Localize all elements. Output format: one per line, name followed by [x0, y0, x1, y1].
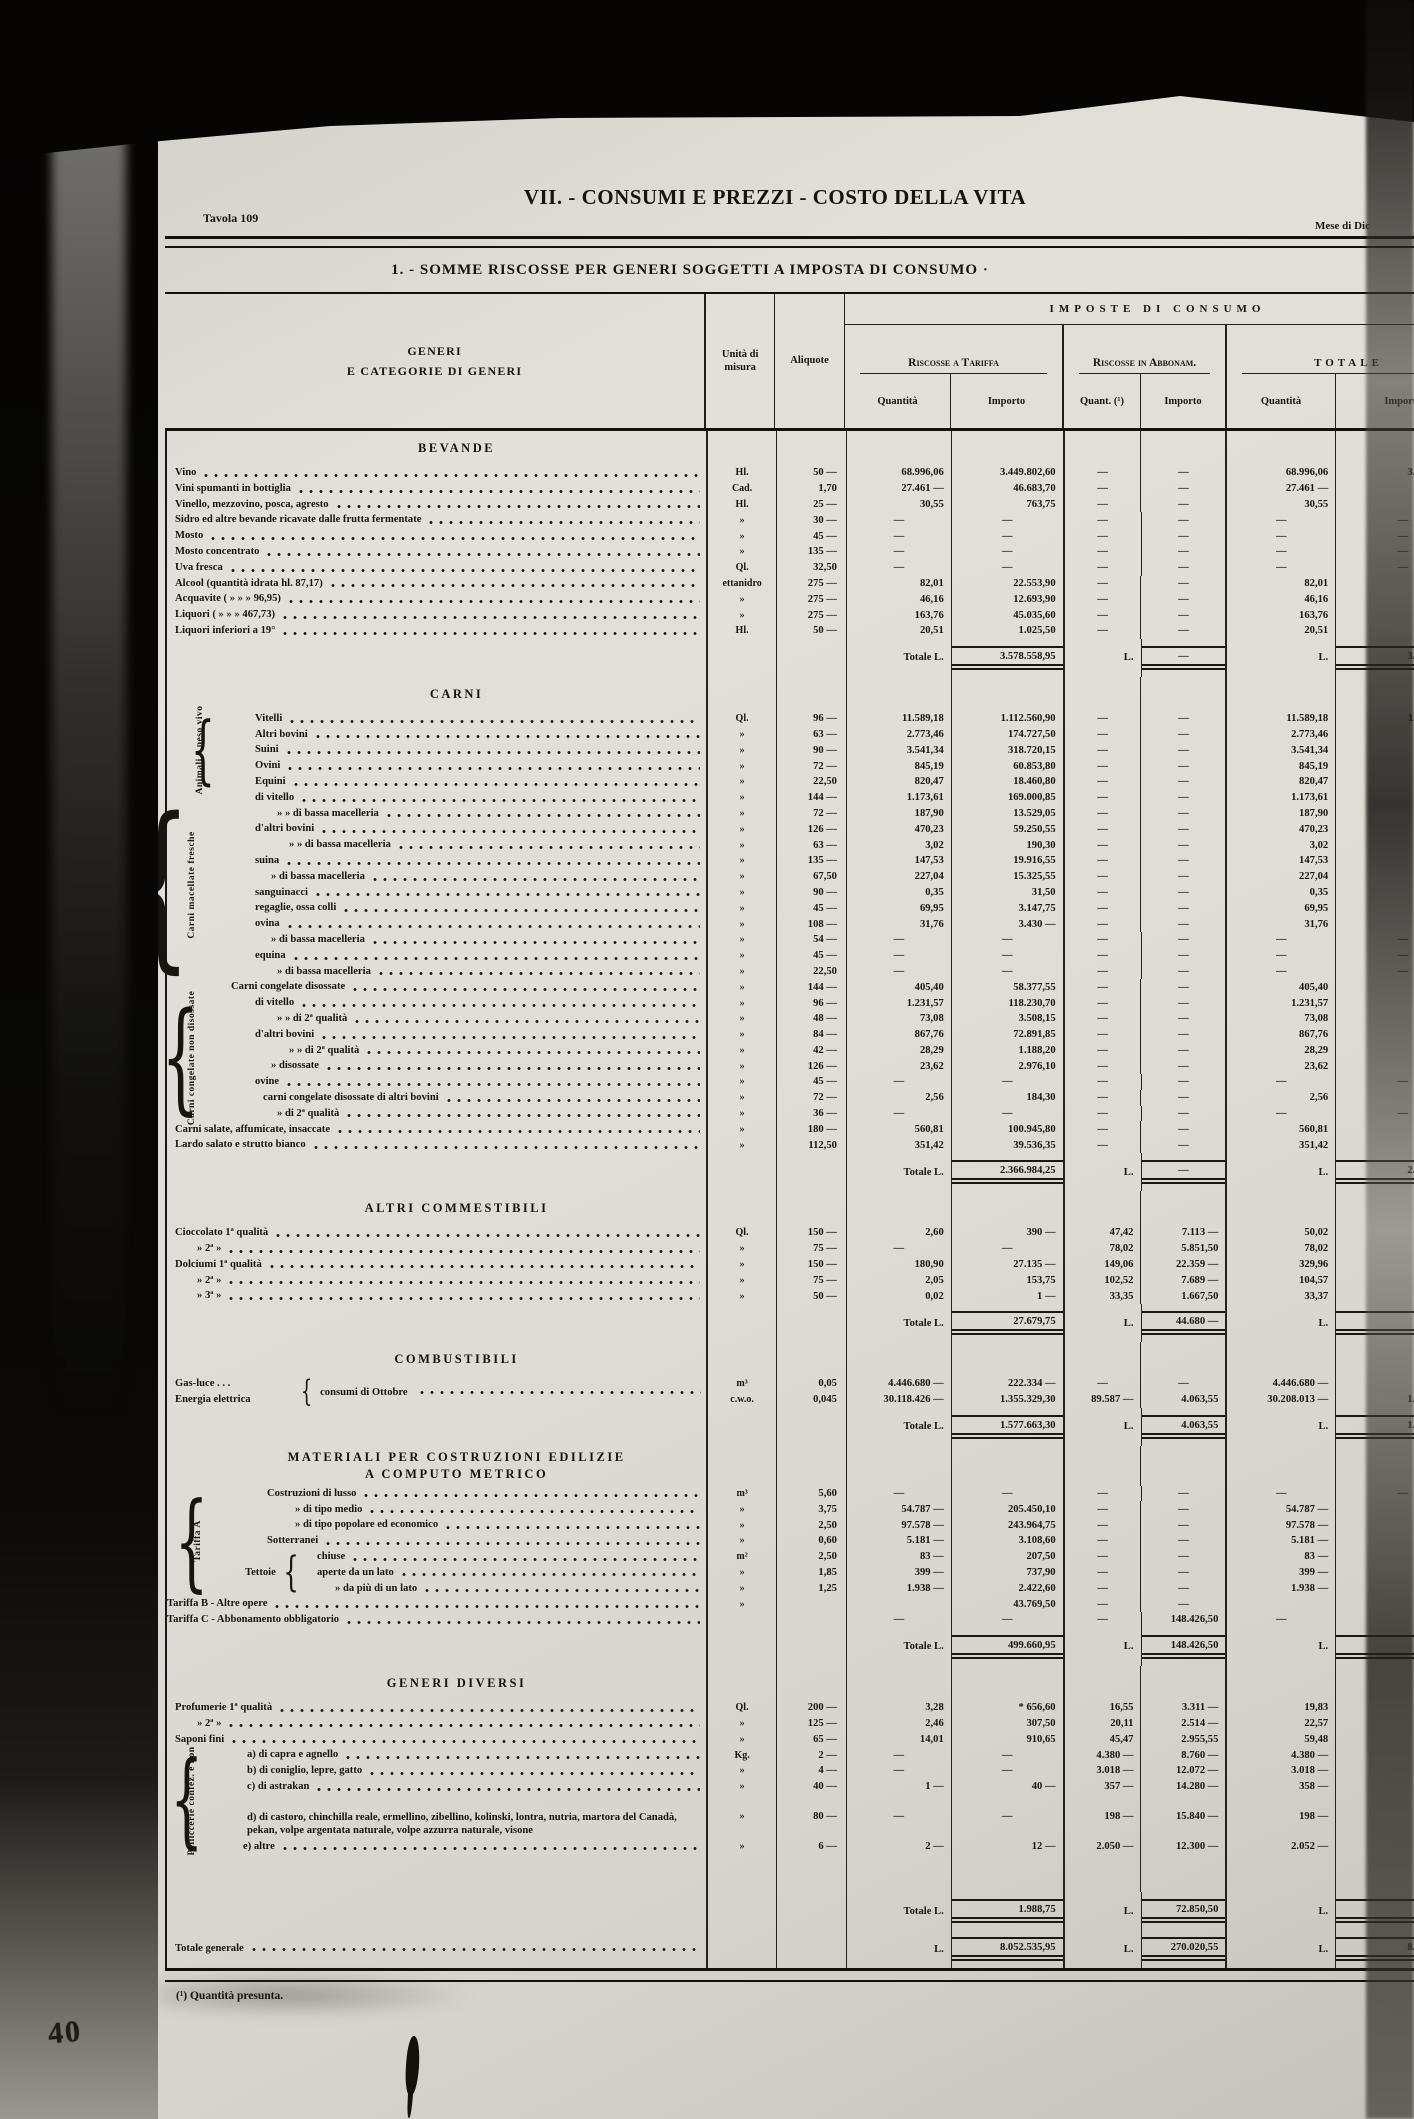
cell-ti: 2.976,10 [951, 1058, 1063, 1074]
cell-ai: — [1140, 1011, 1225, 1027]
cell-u: » [706, 1090, 776, 1106]
group-label: Tariffa A{ [181, 1486, 215, 1597]
cell-a [776, 1191, 846, 1225]
row-label: » 3ª » [167, 1290, 221, 1304]
table-row: chiusem²2,5083 —207,50——83 —207,50 [167, 1549, 1414, 1565]
cell-ai [1140, 1342, 1225, 1376]
cell-q: 83 — [1225, 1549, 1335, 1565]
table-row: » di tipo medio»3,7554.787 —205.450,10——… [167, 1501, 1414, 1517]
cell-aq: — [1063, 774, 1141, 790]
cell-totale-tariffa: 1.577.663,30 [951, 1408, 1063, 1446]
cell-u [706, 1666, 776, 1700]
table-row: » di bassa macelleria»54 ——————— [167, 932, 1414, 948]
row-label: Uva fresca [167, 562, 223, 576]
row-label-cell: Carni salate, affumicate, insaccate [167, 1121, 706, 1137]
row-label-cell: Tariffa B - Altre opere [167, 1596, 706, 1612]
cell-q: 329,96 [1225, 1257, 1335, 1273]
cell-tq: 0,35 [846, 885, 951, 901]
cell-lira: L. [1063, 1408, 1141, 1446]
cell-q: 19,83 [1225, 1700, 1335, 1716]
cell-u: Kg. [706, 1747, 776, 1763]
lira-label: L. [1318, 1167, 1328, 1178]
cell-a [776, 1408, 846, 1446]
cell-lira: L. [1063, 1304, 1141, 1342]
group-label: Carni macellate fresche{ [175, 790, 209, 980]
cell-aq: 16,55 [1063, 1700, 1141, 1716]
cell-totale-abbonam: — [1141, 1153, 1226, 1191]
table-row: Sidro ed altre bevande ricavate dalle fr… [167, 512, 1414, 528]
dot-leader [302, 799, 700, 802]
cell-lira: L. [1225, 639, 1335, 677]
cell-u [706, 1628, 776, 1666]
section-title-row: GENERI DIVERSI [167, 1666, 1414, 1700]
header-groups: Riscosse a Tariffa Riscosse in Abbonam. … [845, 325, 1414, 374]
cell-aq [1063, 1342, 1141, 1376]
header-imposte-block: IMPOSTE DI CONSUMO Riscosse a Tariffa Ri… [844, 294, 1414, 428]
row-label-cell: d) di castoro, chinchilla reale, ermelli… [167, 1795, 706, 1839]
cell-ai: 12.300 — [1140, 1839, 1225, 1855]
cell-tq: — [846, 560, 951, 576]
cell-tq: 1.231,57 [846, 995, 951, 1011]
dot-leader [379, 972, 700, 975]
dot-leader [322, 1036, 700, 1039]
section-title-line: MATERIALI PER COSTRUZIONI EDILIZIE [207, 1449, 706, 1465]
cell-aq: 47,42 [1063, 1225, 1141, 1241]
cell-tq: — [846, 544, 951, 560]
row-label-cell: Lardo salato e strutto bianco [167, 1137, 706, 1153]
table-row: Uva frescaQl.32,50—————— [167, 560, 1414, 576]
table-row: Suini»90 —3.541,34318.720,15——3.541,3431… [167, 742, 1414, 758]
cell-aq: — [1063, 1090, 1141, 1106]
cell-q: 4.380 — [1225, 1747, 1335, 1763]
row-label-cell: di vitello [167, 995, 706, 1011]
cell-ai: — [1140, 465, 1225, 481]
cell-u [706, 431, 776, 465]
row-label-cell: c) di astrakan [167, 1779, 706, 1795]
table-row: regaglie, ossa colli»45 —69,953.147,75——… [167, 900, 1414, 916]
dot-leader [316, 735, 700, 738]
cell-aq: 89.587 — [1063, 1392, 1141, 1408]
cell-u: » [706, 758, 776, 774]
table-row: » 2ª »»75 ———78,025.851,5078,025.851,50 [167, 1241, 1414, 1257]
row-label-cell: » di tipo popolare ed economico [167, 1517, 706, 1533]
section-title-cell: ALTRI COMMESTIBILI [167, 1191, 706, 1225]
dot-leader [347, 1114, 700, 1117]
cell-lira: L. [1063, 1153, 1141, 1191]
cell-a: 90 — [776, 885, 846, 901]
cell-a: 112,50 [776, 1137, 846, 1153]
cell-ai [1140, 1191, 1225, 1225]
cell-tq: 82,01 [846, 576, 951, 592]
dot-leader [353, 1558, 700, 1561]
cell-aq: — [1063, 1517, 1141, 1533]
cell-q: 3.018 — [1225, 1763, 1335, 1779]
cell-a: 72 — [776, 758, 846, 774]
cell-u: » [706, 1288, 776, 1304]
row-label-cell: regaglie, ossa colli [167, 900, 706, 916]
table-row: Sotterranei»0,605.181 —3.108,60——5.181 —… [167, 1533, 1414, 1549]
cell-tq: 30.118.426 — [846, 1392, 951, 1408]
cell-u: » [706, 1763, 776, 1779]
cell-a [776, 1446, 846, 1486]
table-row: d'altri bovini»84 —867,7672.891,85——867,… [167, 1027, 1414, 1043]
header-aliquote: Aliquote [774, 294, 844, 428]
cell-ti: 3.508,15 [951, 1011, 1063, 1027]
table-row: carni congelate disossate di altri bovin… [167, 1090, 1414, 1106]
table-row: Alcool (quantità idrata hl. 87,17)ettani… [167, 576, 1414, 592]
cell-tq [846, 1666, 951, 1700]
cell-aq: — [1063, 1549, 1141, 1565]
cell-ai: 148.426,50 [1141, 1612, 1226, 1628]
section-carni: CARNIVitelliQl.96 —11.589,181.112.560,90… [167, 677, 1414, 1191]
table-row: » » di bassa macelleria»72 —187,9013.529… [167, 806, 1414, 822]
cell-u: » [706, 512, 776, 528]
cell-tq: 30,55 [846, 497, 951, 513]
header-tariffa-importo: Importo [950, 374, 1062, 428]
total-label-cell [167, 1408, 706, 1446]
cell-tq: 845,19 [846, 758, 951, 774]
brace-glyph: { [175, 1488, 209, 1593]
cell-tq: 14,01 [846, 1731, 951, 1747]
cell-tq: 560,81 [846, 1121, 951, 1137]
cell-tq: 2,56 [846, 1090, 951, 1106]
cell-ai: — [1140, 1565, 1225, 1581]
cell-u: » [706, 1011, 776, 1027]
cell-lira: L. [1225, 1892, 1335, 1930]
cell-ti: 118.230,70 [951, 995, 1063, 1011]
totale-tariffa-value: 499.660,95 [952, 1635, 1063, 1659]
cell-a: 275 — [776, 576, 846, 592]
row-label-cell: Vini spumanti in bottiglia [167, 481, 706, 497]
cell-a: 45 — [776, 528, 846, 544]
cell-totale-label: Totale L. [846, 1304, 951, 1342]
cell-ti: 43.769,50 [951, 1596, 1063, 1612]
cell-totale-abbonam: 44.680 — [1141, 1304, 1226, 1342]
header-generi: GENERI E CATEGORIE DI GENERI [165, 294, 704, 428]
cell-aq [1063, 431, 1141, 465]
cell-aq: — [1063, 1580, 1141, 1596]
section-title-cell: COMBUSTIBILI [167, 1342, 706, 1376]
cell-q: 3.541,34 [1225, 742, 1335, 758]
cell-tq: — [846, 1747, 951, 1763]
table-row: » 2ª »»125 —2,46307,5020,112.514 —22,572… [167, 1716, 1414, 1732]
cell-q: 28,29 [1225, 1043, 1335, 1059]
cell-ai: — [1140, 1121, 1225, 1137]
cell-q: 1.938 — [1225, 1580, 1335, 1596]
cell-a: 65 — [776, 1731, 846, 1747]
cell-q: 470,23 [1225, 821, 1335, 837]
dot-leader [299, 490, 700, 493]
cell-u: » [706, 727, 776, 743]
cell-u: m² [706, 1549, 776, 1565]
scan-left-gutter-band [0, 0, 158, 2119]
row-label-cell: » » di 2ª qualità [167, 1011, 706, 1027]
cell-u: » [706, 1501, 776, 1517]
dot-leader [229, 1724, 700, 1727]
table-row: » di bassa macelleria»67,50227,0415.325,… [167, 869, 1414, 885]
cell-a: 30 — [776, 512, 846, 528]
cell-aq: — [1063, 727, 1141, 743]
cell-ai: — [1140, 1058, 1225, 1074]
cell-u: » [706, 1517, 776, 1533]
cell-aq: — [1063, 758, 1141, 774]
row-label-cell: » di bassa macelleria [167, 869, 706, 885]
cell-totale-tariffa: 27.679,75 [951, 1304, 1063, 1342]
table-row: Ovini»72 —845,1960.853,80——845,1960.853,… [167, 758, 1414, 774]
cell-u: » [706, 979, 776, 995]
cell-ai: — [1140, 869, 1225, 885]
row-label-cell: » di bassa macelleria [167, 932, 706, 948]
cell-ti [951, 1191, 1063, 1225]
cell-u: » [706, 1795, 776, 1839]
cell-u: c.w.o. [706, 1392, 776, 1408]
cell-tq: 2.773,46 [846, 727, 951, 743]
cell-aq: — [1063, 885, 1141, 901]
cell-a: 0,045 [776, 1392, 846, 1408]
cell-ti: 46.683,70 [951, 481, 1063, 497]
cell-tq: — [846, 932, 951, 948]
cell-q: 405,40 [1225, 979, 1335, 995]
cell-tq: 180,90 [846, 1257, 951, 1273]
cell-ti [951, 1666, 1063, 1700]
cell-a: 180 — [776, 1121, 846, 1137]
lira-label: L. [1318, 1421, 1328, 1432]
dot-leader [317, 1788, 700, 1791]
cell-tq: 23,62 [846, 1058, 951, 1074]
dot-leader [267, 553, 700, 556]
cell-u [706, 677, 776, 711]
cell-ai [1140, 1446, 1225, 1486]
row-label-cell: Ovini [167, 758, 706, 774]
cell-q: 4.446.680 — [1225, 1376, 1335, 1392]
row-label-cell: a) di capra e agnello [167, 1747, 706, 1763]
cell-ti: 3.147,75 [951, 900, 1063, 916]
cell-aq: — [1063, 623, 1141, 639]
cell-q: 82,01 [1225, 576, 1335, 592]
cell-a: 200 — [776, 1700, 846, 1716]
section-title-line: A COMPUTO METRICO [207, 1466, 706, 1482]
table-row: Tariffa C - Abbonamento obbligatorio———1… [167, 1612, 1414, 1628]
row-label-cell: equina [167, 948, 706, 964]
totale-l-label: Totale L. [904, 1421, 944, 1432]
dot-leader [302, 1004, 700, 1007]
cell-lira: L. [1225, 1304, 1335, 1342]
row-label-cell: » 2ª » [167, 1241, 706, 1257]
cell-aq: 102,52 [1063, 1272, 1141, 1288]
cell-u: » [706, 1596, 776, 1612]
cell-a: 50 — [776, 465, 846, 481]
cell-ti: — [951, 528, 1063, 544]
row-label: Vino [167, 467, 196, 481]
cell-ai: — [1140, 758, 1225, 774]
table-row: » » di 2ª qualità»48 —73,083.508,15——73,… [167, 1011, 1414, 1027]
cell-aq: — [1063, 869, 1141, 885]
cell-ti: — [951, 932, 1063, 948]
dot-leader [373, 878, 700, 881]
row-label-cell: Altri bovini [167, 727, 706, 743]
total-label-cell [167, 1153, 706, 1191]
cell-u [706, 1854, 776, 1892]
cell-q: 78,02 [1225, 1241, 1335, 1257]
cell-q [1225, 677, 1335, 711]
cell-u: Ql. [706, 560, 776, 576]
section-title-row: BEVANDE [167, 431, 1414, 465]
cell-aq: — [1063, 497, 1141, 513]
double-rule [165, 236, 1414, 248]
cell-a: 45 — [776, 948, 846, 964]
totale-tariffa-value: 2.366.984,25 [952, 1160, 1063, 1184]
cell-ti: 190,30 [951, 837, 1063, 853]
table-row: Mosto»45 ——————— [167, 528, 1414, 544]
cell-ti: 184,30 [951, 1090, 1063, 1106]
cell-a [776, 431, 846, 465]
total-row: Totale L.499.660,95L.148.426,50L.648.087… [167, 1628, 1414, 1666]
cell-ai: — [1141, 1106, 1226, 1122]
cell-aq: — [1063, 1612, 1141, 1628]
cell-u: » [706, 837, 776, 853]
cell-a: 48 — [776, 1011, 846, 1027]
cell-ti: 72.891,85 [951, 1027, 1063, 1043]
cell-totale-label: Totale L. [846, 1408, 951, 1446]
row-label-cell: Alcool (quantità idrata hl. 87,17) [167, 576, 706, 592]
group-label: Tettoie{ [245, 1549, 304, 1597]
cell-totale-tariffa: 2.366.984,25 [951, 1153, 1063, 1191]
cell-ti: 174.727,50 [951, 727, 1063, 743]
cell-q: 20,51 [1225, 623, 1335, 639]
cell-tq: 28,29 [846, 1043, 951, 1059]
cell-ai: — [1140, 1549, 1225, 1565]
cell-ai: — [1140, 742, 1225, 758]
dot-leader [280, 1709, 700, 1712]
cell-q: 2,56 [1225, 1090, 1335, 1106]
cell-tq: 470,23 [846, 821, 951, 837]
brace-glyph: { [301, 1377, 312, 1407]
cell-ti: — [951, 1106, 1063, 1122]
cell-u: Ql. [706, 1700, 776, 1716]
grand-total-row: Totale generaleL.8.052.535,95L.270.020,5… [167, 1930, 1414, 1968]
cell-aq: — [1063, 1501, 1141, 1517]
cell-aq: — [1063, 853, 1141, 869]
cell-tq: 163,76 [846, 607, 951, 623]
cell-u [706, 1304, 776, 1342]
cell-a: 75 — [776, 1241, 846, 1257]
cell-ti: 13.529,05 [951, 806, 1063, 822]
cell-lira: L. [1225, 1930, 1335, 1968]
section-title-row: COMBUSTIBILI [167, 1342, 1414, 1376]
section-altri: ALTRI COMMESTIBILICioccolato 1ª qualitàQ… [167, 1191, 1414, 1342]
cell-ai: — [1140, 1376, 1225, 1392]
table-row: Dolciumi 1ª qualità»150 —180,9027.135 —1… [167, 1257, 1414, 1273]
table-row: Vinello, mezzovino, posca, agrestoHl.25 … [167, 497, 1414, 513]
cell-tq: 351,42 [846, 1137, 951, 1153]
cell-ai: — [1141, 560, 1226, 576]
cell-tq [846, 1342, 951, 1376]
cell-a: 45 — [776, 1074, 846, 1090]
cell-tq [846, 1854, 951, 1892]
group-label-text: Tettoie [245, 1567, 276, 1578]
cell-aq: — [1063, 1376, 1141, 1392]
cell-tq: — [846, 964, 951, 980]
table-row: ovina»108 —31,763.430 ———31,763.430 — [167, 916, 1414, 932]
cell-aq: — [1063, 512, 1141, 528]
cell-ti: 12.693,90 [951, 591, 1063, 607]
cell-ai: — [1140, 916, 1225, 932]
cell-ti: 31,50 [951, 885, 1063, 901]
cell-aq: 198 — [1063, 1795, 1141, 1839]
cell-tq [846, 677, 951, 711]
cell-ai: — [1140, 979, 1225, 995]
cell-q: — [1225, 528, 1335, 544]
table-body: BEVANDEVinoHl.50 —68.996,063.449.802,60—… [165, 431, 1414, 1968]
cell-u: » [706, 1121, 776, 1137]
row-label: d) di castoro, chinchilla reale, ermelli… [167, 1812, 692, 1838]
cell-a [776, 1304, 846, 1342]
section-title-line: COMBUSTIBILI [207, 1351, 706, 1367]
cell-a: 125 — [776, 1716, 846, 1732]
cell-ai: 8.760 — [1140, 1747, 1225, 1763]
brace-glyph: { [283, 1552, 299, 1593]
row-label: » 2ª » [167, 1243, 221, 1257]
cell-u: Ql. [706, 711, 776, 727]
header-abbonam-quantita: Quant. (¹) [1062, 374, 1140, 428]
cell-q: 11.589,18 [1225, 711, 1335, 727]
cell-ai: 5.851,50 [1140, 1241, 1225, 1257]
cell-ai: — [1140, 1043, 1225, 1059]
row-label-cell: Vitelli [167, 711, 706, 727]
cell-aq: — [1063, 821, 1141, 837]
cell-aq [1063, 1854, 1141, 1892]
cell-ai: — [1141, 964, 1226, 980]
brace-glyph: { [170, 1750, 203, 1853]
total-label-cell [167, 639, 706, 677]
row-label-cell: Vinello, mezzovino, posca, agresto [167, 497, 706, 513]
cell-q: 3,02 [1225, 837, 1335, 853]
cell-q: — [1225, 512, 1335, 528]
dot-leader [287, 1083, 700, 1086]
cell-aq: — [1063, 742, 1141, 758]
cell-a: 96 — [776, 711, 846, 727]
table-row: » disossate»126 —23,622.976,10——23,622.9… [167, 1058, 1414, 1074]
cell-ai: — [1141, 544, 1226, 560]
cell-ai: — [1140, 837, 1225, 853]
cell-ai: — [1140, 1533, 1225, 1549]
cell-lira: L. [1063, 1892, 1141, 1930]
dot-leader [290, 720, 700, 723]
cell-q: — [1225, 1486, 1335, 1502]
cell-a: 75 — [776, 1272, 846, 1288]
totale-l-label: Totale L. [904, 1906, 944, 1917]
cell-ai: 3.311 — [1140, 1700, 1225, 1716]
dot-leader [373, 941, 700, 944]
lira-label: L. [1318, 1641, 1328, 1652]
table-row: sanguinacci»90 —0,3531,50——0,3531,50 [167, 885, 1414, 901]
grand-total-label: Totale generale [167, 1943, 244, 1957]
cell-aq: — [1063, 964, 1141, 980]
total-label-cell [167, 1892, 706, 1930]
cell-aq: — [1063, 1486, 1141, 1502]
row-label-cell: Cioccolato 1ª qualità [167, 1225, 706, 1241]
cell-ai: — [1140, 481, 1225, 497]
section-title: BEVANDE [167, 440, 706, 456]
cell-tq: — [846, 1795, 951, 1839]
table-row: a) di capra e agnelloKg.2 ———4.380 —8.76… [167, 1747, 1414, 1763]
row-label: » 2ª » [167, 1275, 221, 1289]
cell-tq: 3.541,34 [846, 742, 951, 758]
cell-aq: 4.380 — [1063, 1747, 1141, 1763]
lira-label: L. [1124, 1318, 1134, 1329]
cell-u: » [706, 1839, 776, 1855]
cell-ai: — [1140, 821, 1225, 837]
